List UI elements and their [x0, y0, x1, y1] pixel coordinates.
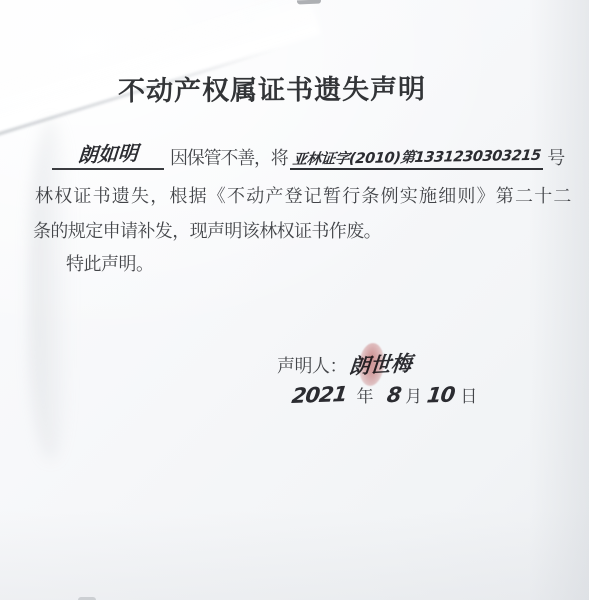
body-line-2: 林权证书遗失，根据《不动产登记暂行条例实施细则》第二十二	[35, 182, 573, 208]
body-line-3: 条的规定申请补发，现声明该林权证书作废。	[33, 217, 381, 243]
declarant-name-underline: 朗如明	[52, 138, 164, 170]
date-year-handwritten: 2021	[290, 382, 348, 408]
signature-label: 声明人：	[277, 356, 347, 376]
body-text-before-certificate: 因保管不善，将	[170, 148, 288, 168]
date-month-unit: 月	[405, 387, 422, 406]
certificate-number-handwritten: 亚林证字(2010)第1331230303215	[291, 144, 541, 169]
date-day-unit: 日	[460, 387, 477, 406]
document-photo: 不动产权属证书遗失声明 朗如明因保管不善，将亚林证字(2010)第1331230…	[0, 0, 589, 600]
body-line-1: 朗如明因保管不善，将亚林证字(2010)第1331230303215号	[52, 138, 564, 170]
date-row: 2021年8月10日	[292, 382, 477, 407]
closing-line: 特此声明。	[66, 250, 154, 276]
page-title: 不动产权属证书遗失声明	[118, 67, 478, 109]
paper-fold-shadow	[30, 120, 72, 460]
photo-edge-smudge-top	[297, 0, 321, 4]
paper-edge-shadow-bottom	[0, 510, 589, 600]
date-year-unit: 年	[356, 387, 373, 406]
signature-row: 声明人：朗世梅	[277, 349, 412, 379]
declarant-name-handwritten: 朗如明	[77, 137, 139, 168]
certificate-number-underline: 亚林证字(2010)第1331230303215	[290, 146, 544, 170]
body-text-after-certificate: 号	[547, 148, 564, 168]
date-day-handwritten: 10	[426, 383, 456, 408]
date-month-handwritten: 8	[386, 383, 404, 407]
